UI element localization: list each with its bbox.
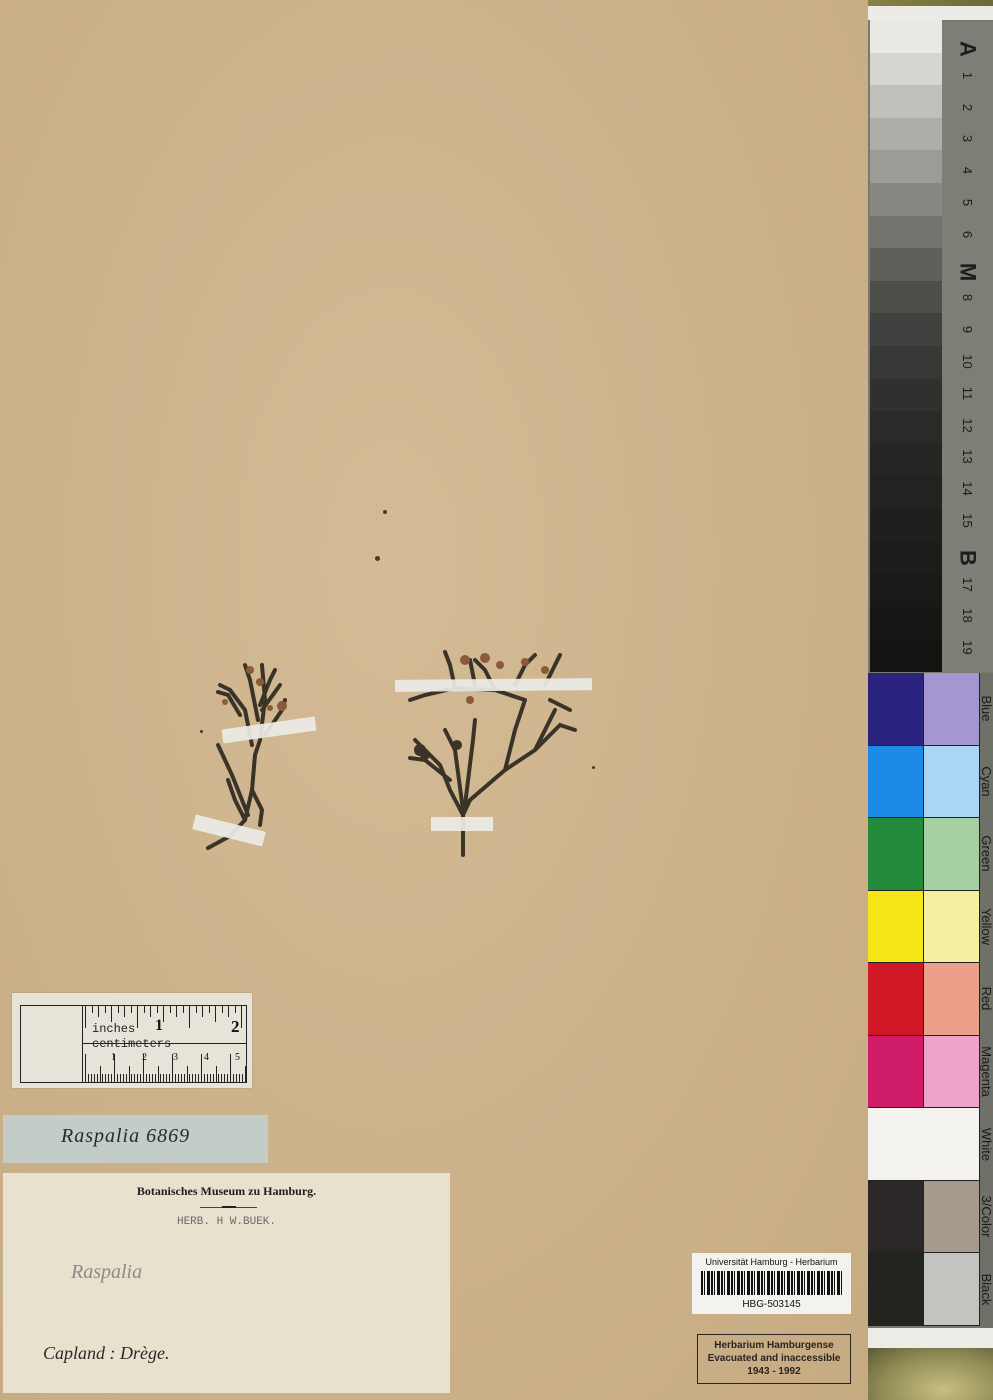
stamp-line-1: Herbarium Hamburgense [698, 1339, 850, 1352]
ruler-tick [149, 1074, 150, 1082]
color-swatch [868, 1253, 924, 1325]
color-patch-row [868, 1036, 980, 1109]
gray-step [870, 444, 942, 477]
color-swatch [924, 1036, 980, 1108]
barcode-institution: Universität Hamburg - Herbarium [692, 1257, 851, 1267]
color-swatch [924, 818, 980, 890]
gray-step [870, 574, 942, 607]
specimen-right [395, 640, 595, 860]
color-name-label: Blue [980, 673, 993, 745]
ruler-tick [227, 1074, 228, 1082]
ruler-tick [245, 1066, 246, 1082]
gray-step [870, 118, 942, 151]
stamp-line-2: Evacuated and inaccessible [698, 1352, 850, 1365]
color-patch-row [868, 963, 980, 1036]
ruler-tick [189, 1074, 190, 1082]
gray-step [870, 542, 942, 575]
ruler-tick [239, 1074, 240, 1082]
color-name-label: 3/Color [980, 1180, 993, 1253]
ruler-tick [137, 1074, 138, 1082]
ruler-tick [169, 1074, 170, 1082]
ruler-tick [126, 1074, 127, 1082]
paper-speck [375, 556, 380, 561]
centimeters-label: centimeters [92, 1037, 171, 1051]
ruler-tick [228, 1006, 229, 1017]
ruler-tick [163, 1074, 164, 1082]
gray-step [870, 411, 942, 444]
color-names-strip: BlueCyanGreenYellowRedMagentaWhite3/Colo… [980, 673, 993, 1328]
color-patch-row [868, 891, 980, 964]
color-swatch [924, 963, 980, 1035]
ruler-tick [144, 1006, 145, 1013]
ruler-tick [233, 1074, 234, 1082]
cm-mark-3: 3 [173, 1052, 178, 1063]
ruler-tick [85, 1006, 86, 1028]
color-name-label: Cyan [980, 745, 993, 818]
ruler-tick [157, 1006, 158, 1013]
ruler-tick [189, 1006, 190, 1028]
color-patch-row [868, 1108, 980, 1181]
gray-step [870, 313, 942, 346]
ruler-tick [108, 1074, 109, 1082]
ruler-tick [221, 1074, 222, 1082]
inches-label: inches [92, 1022, 135, 1036]
gray-scale [870, 20, 942, 672]
gray-step [870, 281, 942, 314]
color-name-label: Magenta [980, 1035, 993, 1108]
ruler-tick [235, 1006, 236, 1013]
gray-step [870, 248, 942, 281]
barcode-label: Universität Hamburg - Herbarium HBG-5031… [692, 1253, 851, 1314]
ruler-tick [170, 1006, 171, 1013]
ruler-blank-area [21, 1006, 83, 1082]
gray-step [870, 607, 942, 640]
ruler-tick [241, 1006, 242, 1028]
mounting-tape [395, 678, 592, 692]
ruler-tick [192, 1074, 193, 1082]
ruler-tick [134, 1074, 135, 1082]
cm-mark-1: 1 [111, 1052, 116, 1063]
ruler-tick [218, 1074, 219, 1082]
color-patch-row [868, 818, 980, 891]
color-swatch [868, 746, 924, 818]
card-bottom-white-strip [868, 1328, 993, 1348]
ruler-tick [152, 1074, 153, 1082]
ruler-tick [158, 1066, 159, 1082]
gray-step [870, 53, 942, 86]
scanner-background [868, 1348, 993, 1400]
gray-step [870, 476, 942, 509]
inch-mark-1: 1 [155, 1017, 163, 1035]
mounting-tape [431, 817, 493, 831]
ruler-tick [166, 1074, 167, 1082]
ruler-tick [222, 1006, 223, 1013]
ruler-tick [92, 1006, 93, 1013]
color-patch-row [868, 1253, 980, 1326]
gray-scale-label: 19 [960, 622, 975, 673]
ruler-tick [155, 1074, 156, 1082]
locality-handwritten: Capland : Drège. [43, 1343, 169, 1364]
ruler-tick [184, 1074, 185, 1082]
ruler-tick [207, 1074, 208, 1082]
label-divider-center [222, 1206, 236, 1208]
cm-mark-4: 4 [204, 1052, 209, 1063]
gray-step [870, 509, 942, 542]
evacuation-stamp: Herbarium Hamburgense Evacuated and inac… [697, 1334, 851, 1384]
ruler-tick [131, 1074, 132, 1082]
ruler-tick [111, 1006, 112, 1022]
ruler-tick [176, 1006, 177, 1017]
museum-title: Botanisches Museum zu Hamburg. [3, 1184, 450, 1199]
color-swatch [868, 963, 924, 1035]
color-swatch [868, 891, 924, 963]
scale-ruler: inches centimeters 1 2 1 2 3 4 5 [12, 993, 252, 1088]
ruler-tick [163, 1006, 164, 1022]
ruler-tick [131, 1006, 132, 1013]
color-name-label: Black [980, 1253, 993, 1326]
ruler-tick [183, 1006, 184, 1013]
inch-mark-2: 2 [231, 1017, 240, 1037]
ruler-tick [97, 1074, 98, 1082]
ruler-tick [202, 1006, 203, 1017]
ruler-tick [124, 1006, 125, 1017]
color-swatch [924, 891, 980, 963]
gray-step [870, 150, 942, 183]
ruler-tick [94, 1074, 95, 1082]
color-swatch [924, 1181, 980, 1253]
color-name-label: Red [980, 962, 993, 1035]
ruler-tick [210, 1074, 211, 1082]
museum-label: Botanisches Museum zu Hamburg. HERB. H W… [3, 1173, 450, 1393]
ruler-tick [216, 1066, 217, 1082]
color-swatch [868, 1108, 980, 1180]
ruler-tick [213, 1074, 214, 1082]
color-patch-row [868, 1181, 980, 1254]
gray-step [870, 20, 942, 53]
gray-step [870, 379, 942, 412]
ruler-tick [117, 1074, 118, 1082]
ruler-tick [140, 1074, 141, 1082]
cm-mark-5: 5 [235, 1052, 240, 1063]
ruler-tick [118, 1006, 119, 1013]
color-name-label: Yellow [980, 890, 993, 963]
color-swatch [868, 818, 924, 890]
determination-text: Raspalia 6869 [61, 1125, 190, 1148]
color-swatch [868, 1036, 924, 1108]
ruler-tick [236, 1074, 237, 1082]
genus-handwritten: Raspalia [71, 1261, 142, 1284]
gray-step [870, 639, 942, 672]
ruler-tick [105, 1074, 106, 1082]
gray-step [870, 85, 942, 118]
ruler-tick [100, 1066, 101, 1082]
color-patch-row [868, 673, 980, 746]
color-swatch [924, 673, 980, 745]
ruler-tick [102, 1074, 103, 1082]
ruler-tick [209, 1006, 210, 1013]
gray-step [870, 346, 942, 379]
color-name-label: White [980, 1108, 993, 1181]
ruler-tick [178, 1074, 179, 1082]
ruler-tick [85, 1054, 86, 1082]
ruler-tick [111, 1074, 112, 1082]
ruler-tick [215, 1006, 216, 1022]
ruler-tick [105, 1006, 106, 1013]
ruler-tick [137, 1006, 138, 1028]
gray-scale-labels: A123456M89101112131415B171819 [942, 22, 993, 672]
gray-step [870, 216, 942, 249]
color-swatch [868, 673, 924, 745]
ruler-tick [195, 1074, 196, 1082]
ruler-tick [198, 1074, 199, 1082]
color-patches [868, 673, 980, 1326]
color-name-label: Green [980, 817, 993, 890]
ruler-tick [160, 1074, 161, 1082]
ruler-tick [146, 1074, 147, 1082]
ruler-tick [88, 1074, 89, 1082]
barcode [701, 1271, 842, 1295]
ruler-tick [120, 1074, 121, 1082]
ruler-tick [175, 1074, 176, 1082]
ruler-tick [204, 1074, 205, 1082]
cm-mark-2: 2 [142, 1052, 147, 1063]
ruler-tick [242, 1074, 243, 1082]
ruler-tick [150, 1006, 151, 1017]
ruler-tick [129, 1066, 130, 1082]
ruler-tick [123, 1074, 124, 1082]
ruler-tick [187, 1066, 188, 1082]
card-top-white-strip [868, 6, 993, 20]
determination-label: Raspalia 6869 [3, 1115, 268, 1163]
ruler-tick [201, 1054, 202, 1082]
stamp-line-3: 1943 - 1992 [698, 1365, 850, 1378]
ruler-tick [230, 1054, 231, 1082]
paper-speck [383, 510, 387, 514]
ruler-tick [98, 1006, 99, 1017]
color-swatch [924, 1253, 980, 1325]
barcode-id: HBG-503145 [692, 1299, 851, 1310]
color-patch-row [868, 746, 980, 819]
color-swatch [868, 1181, 924, 1253]
gray-step [870, 183, 942, 216]
ruler-tick [224, 1074, 225, 1082]
herbarium-stamp: HERB. H W.BUEK. [3, 1216, 450, 1228]
ruler-tick [181, 1074, 182, 1082]
color-swatch [924, 746, 980, 818]
ruler-tick [196, 1006, 197, 1013]
ruler-tick [91, 1074, 92, 1082]
